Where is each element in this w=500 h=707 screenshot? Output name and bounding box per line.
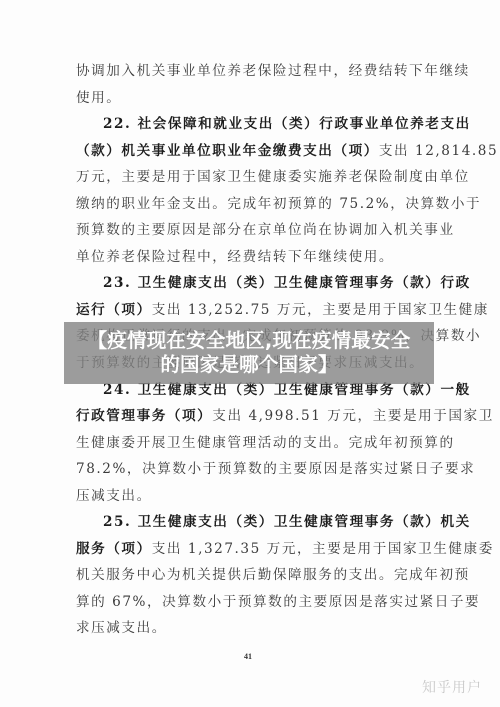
- overlay-title-line-2: 的国家是哪个国家】: [160, 353, 337, 377]
- paragraph-line: 运行（项）支出 13,252.75 万元，主要是用于国家卫生健康: [76, 301, 430, 319]
- body-text: 使用。: [76, 90, 121, 106]
- paragraph-line: 生健康委开展卫生健康管理活动的支出。完成年初预算的: [76, 434, 430, 452]
- body-text: 支出 12,814.85: [379, 143, 498, 159]
- paragraph-line: 缴纳的职业年金支出。完成年初预算的 75.2%，决算数小于: [76, 195, 430, 213]
- paragraph-line: 行政管理事务（项）支出 4,998.51 万元，主要是用于国家卫: [76, 407, 430, 425]
- paragraph-line: （款）机关事业单位职业年金缴费支出（项）支出 12,814.85: [76, 142, 430, 160]
- body-text: 压减支出。: [76, 488, 152, 504]
- section-heading-line: 23. 卫生健康支出（类）卫生健康管理事务（款）行政: [103, 274, 430, 292]
- paragraph-line: 使用。: [76, 89, 430, 107]
- paragraph-line: 单位养老保险过程中，经费结转下年继续使用。: [76, 248, 430, 266]
- bold-text: 24. 卫生健康支出（类）卫生健康管理事务（款）一般: [103, 382, 471, 398]
- bold-text: 行政管理事务（项）: [76, 408, 212, 424]
- paragraph-line: 78.2%，决算数小于预算数的主要原因是落实过紧日子要求: [76, 460, 430, 478]
- document-page: 协调加入机关事业单位养老保险过程中，经费结转下年继续使用。22. 社会保障和就业…: [0, 0, 500, 707]
- body-text: 求压减支出。: [76, 620, 167, 636]
- bold-text: 25. 卫生健康支出（类）卫生健康管理事务（款）机关: [103, 514, 471, 530]
- watermark-text: 知乎用户: [422, 677, 482, 697]
- body-text: 支出 4,998.51 万元，主要是用于国家卫: [212, 408, 494, 424]
- paragraph-line: 协调加入机关事业单位养老保险过程中，经费结转下年继续: [76, 62, 430, 80]
- body-text: 支出 13,252.75 万元，主要是用于国家卫生健康: [152, 302, 489, 318]
- body-text: 算的 67%，决算数小于预算数的主要原因是落实过紧日子要: [76, 594, 480, 610]
- title-overlay-banner: 【疫情现在安全地区,现在疫情最安全 的国家是哪个国家】: [64, 322, 434, 384]
- paragraph-line: 机关服务中心为机关提供后勤保障服务的支出。完成年初预: [76, 566, 430, 584]
- paragraph-line: 万元，主要是用于国家卫生健康委实施养老保险制度由单位: [76, 168, 430, 186]
- section-heading-line: 22. 社会保障和就业支出（类）行政事业单位养老支出: [103, 115, 430, 133]
- body-text: 单位养老保险过程中，经费结转下年继续使用。: [76, 249, 394, 265]
- section-heading-line: 25. 卫生健康支出（类）卫生健康管理事务（款）机关: [103, 513, 430, 531]
- body-text: 预算数的主要原因是部分在京单位尚在协调加入机关事业: [76, 222, 455, 238]
- bold-text: 运行（项）: [76, 302, 152, 318]
- overlay-title-line-1: 【疫情现在安全地区,现在疫情最安全: [88, 329, 411, 353]
- body-text: 万元，主要是用于国家卫生健康委实施养老保险制度由单位: [76, 169, 470, 185]
- page-number: 41: [244, 652, 252, 661]
- body-text: 缴纳的职业年金支出。完成年初预算的 75.2%，决算数小于: [76, 196, 481, 212]
- bold-text: 23. 卫生健康支出（类）卫生健康管理事务（款）行政: [103, 275, 471, 291]
- paragraph-line: 压减支出。: [76, 487, 430, 505]
- paragraph-line: 求压减支出。: [76, 619, 430, 637]
- body-text: 生健康委开展卫生健康管理活动的支出。完成年初预算的: [76, 435, 455, 451]
- paragraph-line: 算的 67%，决算数小于预算数的主要原因是落实过紧日子要: [76, 593, 430, 611]
- body-text: 78.2%，决算数小于预算数的主要原因是落实过紧日子要求: [76, 461, 475, 477]
- body-text: 机关服务中心为机关提供后勤保障服务的支出。完成年初预: [76, 567, 470, 583]
- paragraph-line: 预算数的主要原因是部分在京单位尚在协调加入机关事业: [76, 221, 430, 239]
- bold-text: （款）机关事业单位职业年金缴费支出（项）: [76, 143, 379, 159]
- bold-text: 服务（项）: [76, 541, 152, 557]
- body-text: 协调加入机关事业单位养老保险过程中，经费结转下年继续: [76, 63, 470, 79]
- body-text: 支出 1,327.35 万元，主要是用于国家卫生健康委: [152, 541, 494, 557]
- bold-text: 22. 社会保障和就业支出（类）行政事业单位养老支出: [103, 116, 471, 132]
- paragraph-line: 服务（项）支出 1,327.35 万元，主要是用于国家卫生健康委: [76, 540, 430, 558]
